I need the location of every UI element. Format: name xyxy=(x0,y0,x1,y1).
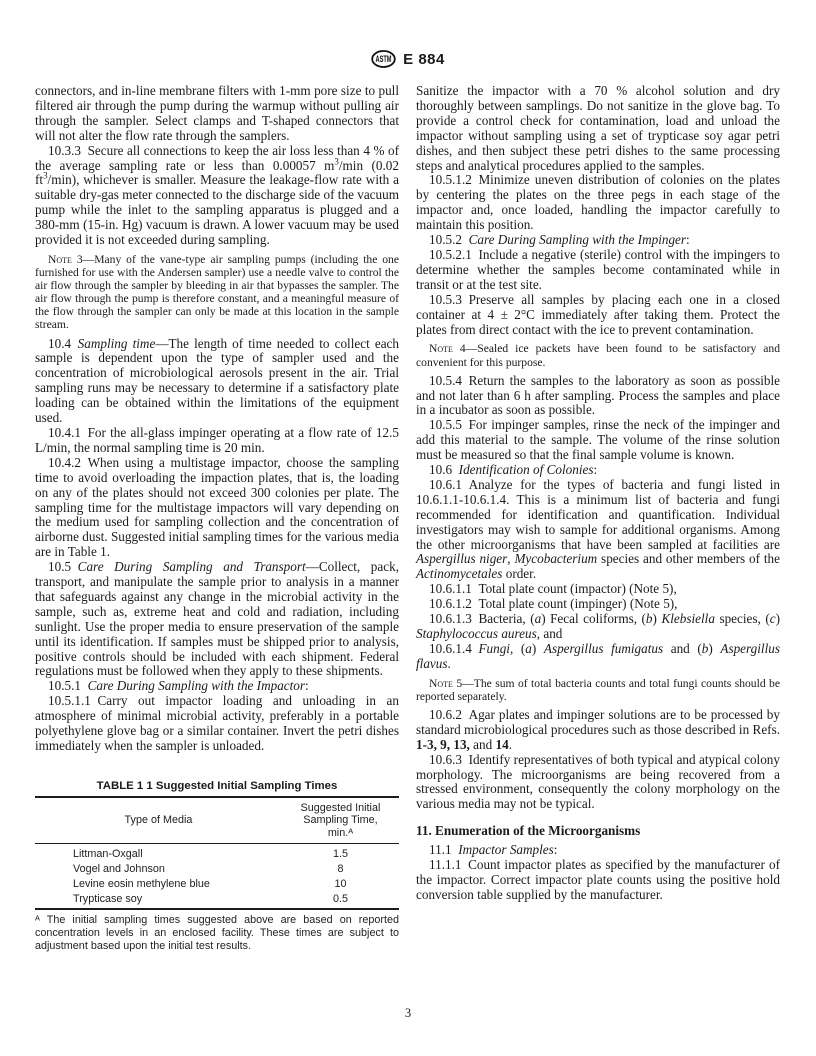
document-page: ASTM E 884 connectors, and in-line membr… xyxy=(0,0,816,1056)
table-footnote: ᴬ The initial sampling times suggested a… xyxy=(35,914,399,952)
time-cell: 0.5 xyxy=(282,892,399,910)
page-number: 3 xyxy=(405,1006,411,1020)
body-paragraph: 10.4 Sampling time—The length of time ne… xyxy=(35,337,399,426)
media-cell: Trypticase soy xyxy=(35,892,282,910)
body-paragraph: 10.6.1.3 Bacteria, (a) Fecal coliforms, … xyxy=(416,612,780,642)
table-row: Vogel and Johnson8 xyxy=(35,862,399,877)
body-paragraph: 10.6.2 Agar plates and impinger solution… xyxy=(416,708,780,753)
note-paragraph: Note 5—The sum of total bacteria counts … xyxy=(416,677,780,703)
table-col-header-media: Type of Media xyxy=(35,797,282,844)
right-column: Sanitize the impactor with a 70 % alcoho… xyxy=(416,84,780,952)
body-paragraph: 10.5.2 Care During Sampling with the Imp… xyxy=(416,233,780,248)
page-footer: 3 xyxy=(0,1006,816,1021)
page-header: ASTM E 884 xyxy=(0,50,816,68)
left-column: connectors, and in-line membrane filters… xyxy=(35,84,399,952)
body-paragraph: 10.4.1 For the all-glass impinger operat… xyxy=(35,426,399,456)
table-col-header-time: Suggested Initial Sampling Time, min.ᴬ xyxy=(282,797,399,844)
body-paragraph: 11.1.1 Count impactor plates as specifie… xyxy=(416,858,780,903)
note-paragraph: Note 4—Sealed ice packets have been foun… xyxy=(416,342,780,368)
time-cell: 1.5 xyxy=(282,844,399,862)
document-designation: E 884 xyxy=(403,51,445,68)
body-paragraph: 10.4.2 When using a multistage impactor,… xyxy=(35,456,399,560)
body-paragraph: 10.6.3 Identify representatives of both … xyxy=(416,753,780,813)
table-title: TABLE 1 1 Suggested Initial Sampling Tim… xyxy=(35,780,399,792)
time-cell: 8 xyxy=(282,862,399,877)
table-row: Littman-Oxgall1.5 xyxy=(35,844,399,862)
media-cell: Levine eosin methylene blue xyxy=(35,877,282,892)
body-paragraph: 10.5.2.1 Include a negative (sterile) co… xyxy=(416,248,780,293)
body-paragraph: 10.6 Identification of Colonies: xyxy=(416,463,780,478)
body-paragraph: 11.1 Impactor Samples: xyxy=(416,843,780,858)
time-cell: 10 xyxy=(282,877,399,892)
body-paragraph: 10.5.3 Preserve all samples by placing e… xyxy=(416,293,780,338)
table-row: Trypticase soy0.5 xyxy=(35,892,399,910)
body-paragraph: 10.6.1 Analyze for the types of bacteria… xyxy=(416,478,780,582)
body-paragraph: 10.5.5 For impinger samples, rinse the n… xyxy=(416,418,780,463)
svg-text:ASTM: ASTM xyxy=(376,54,392,65)
astm-logo-icon: ASTM xyxy=(371,50,396,68)
body-paragraph: 10.5.1.1 Carry out impactor loading and … xyxy=(35,694,399,754)
body-paragraph: 10.5.1.2 Minimize uneven distribution of… xyxy=(416,173,780,233)
body-paragraph: 10.6.1.4 Fungi, (a) Aspergillus fumigatu… xyxy=(416,642,780,672)
body-paragraph: Sanitize the impactor with a 70 % alcoho… xyxy=(416,84,780,173)
media-cell: Vogel and Johnson xyxy=(35,862,282,877)
media-cell: Littman-Oxgall xyxy=(35,844,282,862)
section-heading: 11. Enumeration of the Microorganisms xyxy=(416,824,780,839)
body-paragraph: 10.6.1.2 Total plate count (impinger) (N… xyxy=(416,597,780,612)
table-1: TABLE 1 1 Suggested Initial Sampling Tim… xyxy=(35,780,399,952)
body-paragraph: 10.5.4 Return the samples to the laborat… xyxy=(416,374,780,419)
body-paragraph: connectors, and in-line membrane filters… xyxy=(35,84,399,144)
body-paragraph: 10.5 Care During Sampling and Transport—… xyxy=(35,560,399,679)
table-row: Levine eosin methylene blue10 xyxy=(35,877,399,892)
body-paragraph: 10.3.3 Secure all connections to keep th… xyxy=(35,144,399,248)
body-paragraph: 10.6.1.1 Total plate count (impactor) (N… xyxy=(416,582,780,597)
note-paragraph: Note 3—Many of the vane-type air samplin… xyxy=(35,253,399,332)
body-paragraph: 10.5.1 Care During Sampling with the Imp… xyxy=(35,679,399,694)
two-column-body: connectors, and in-line membrane filters… xyxy=(35,84,781,952)
sampling-times-table: Type of Media Suggested Initial Sampling… xyxy=(35,796,399,911)
